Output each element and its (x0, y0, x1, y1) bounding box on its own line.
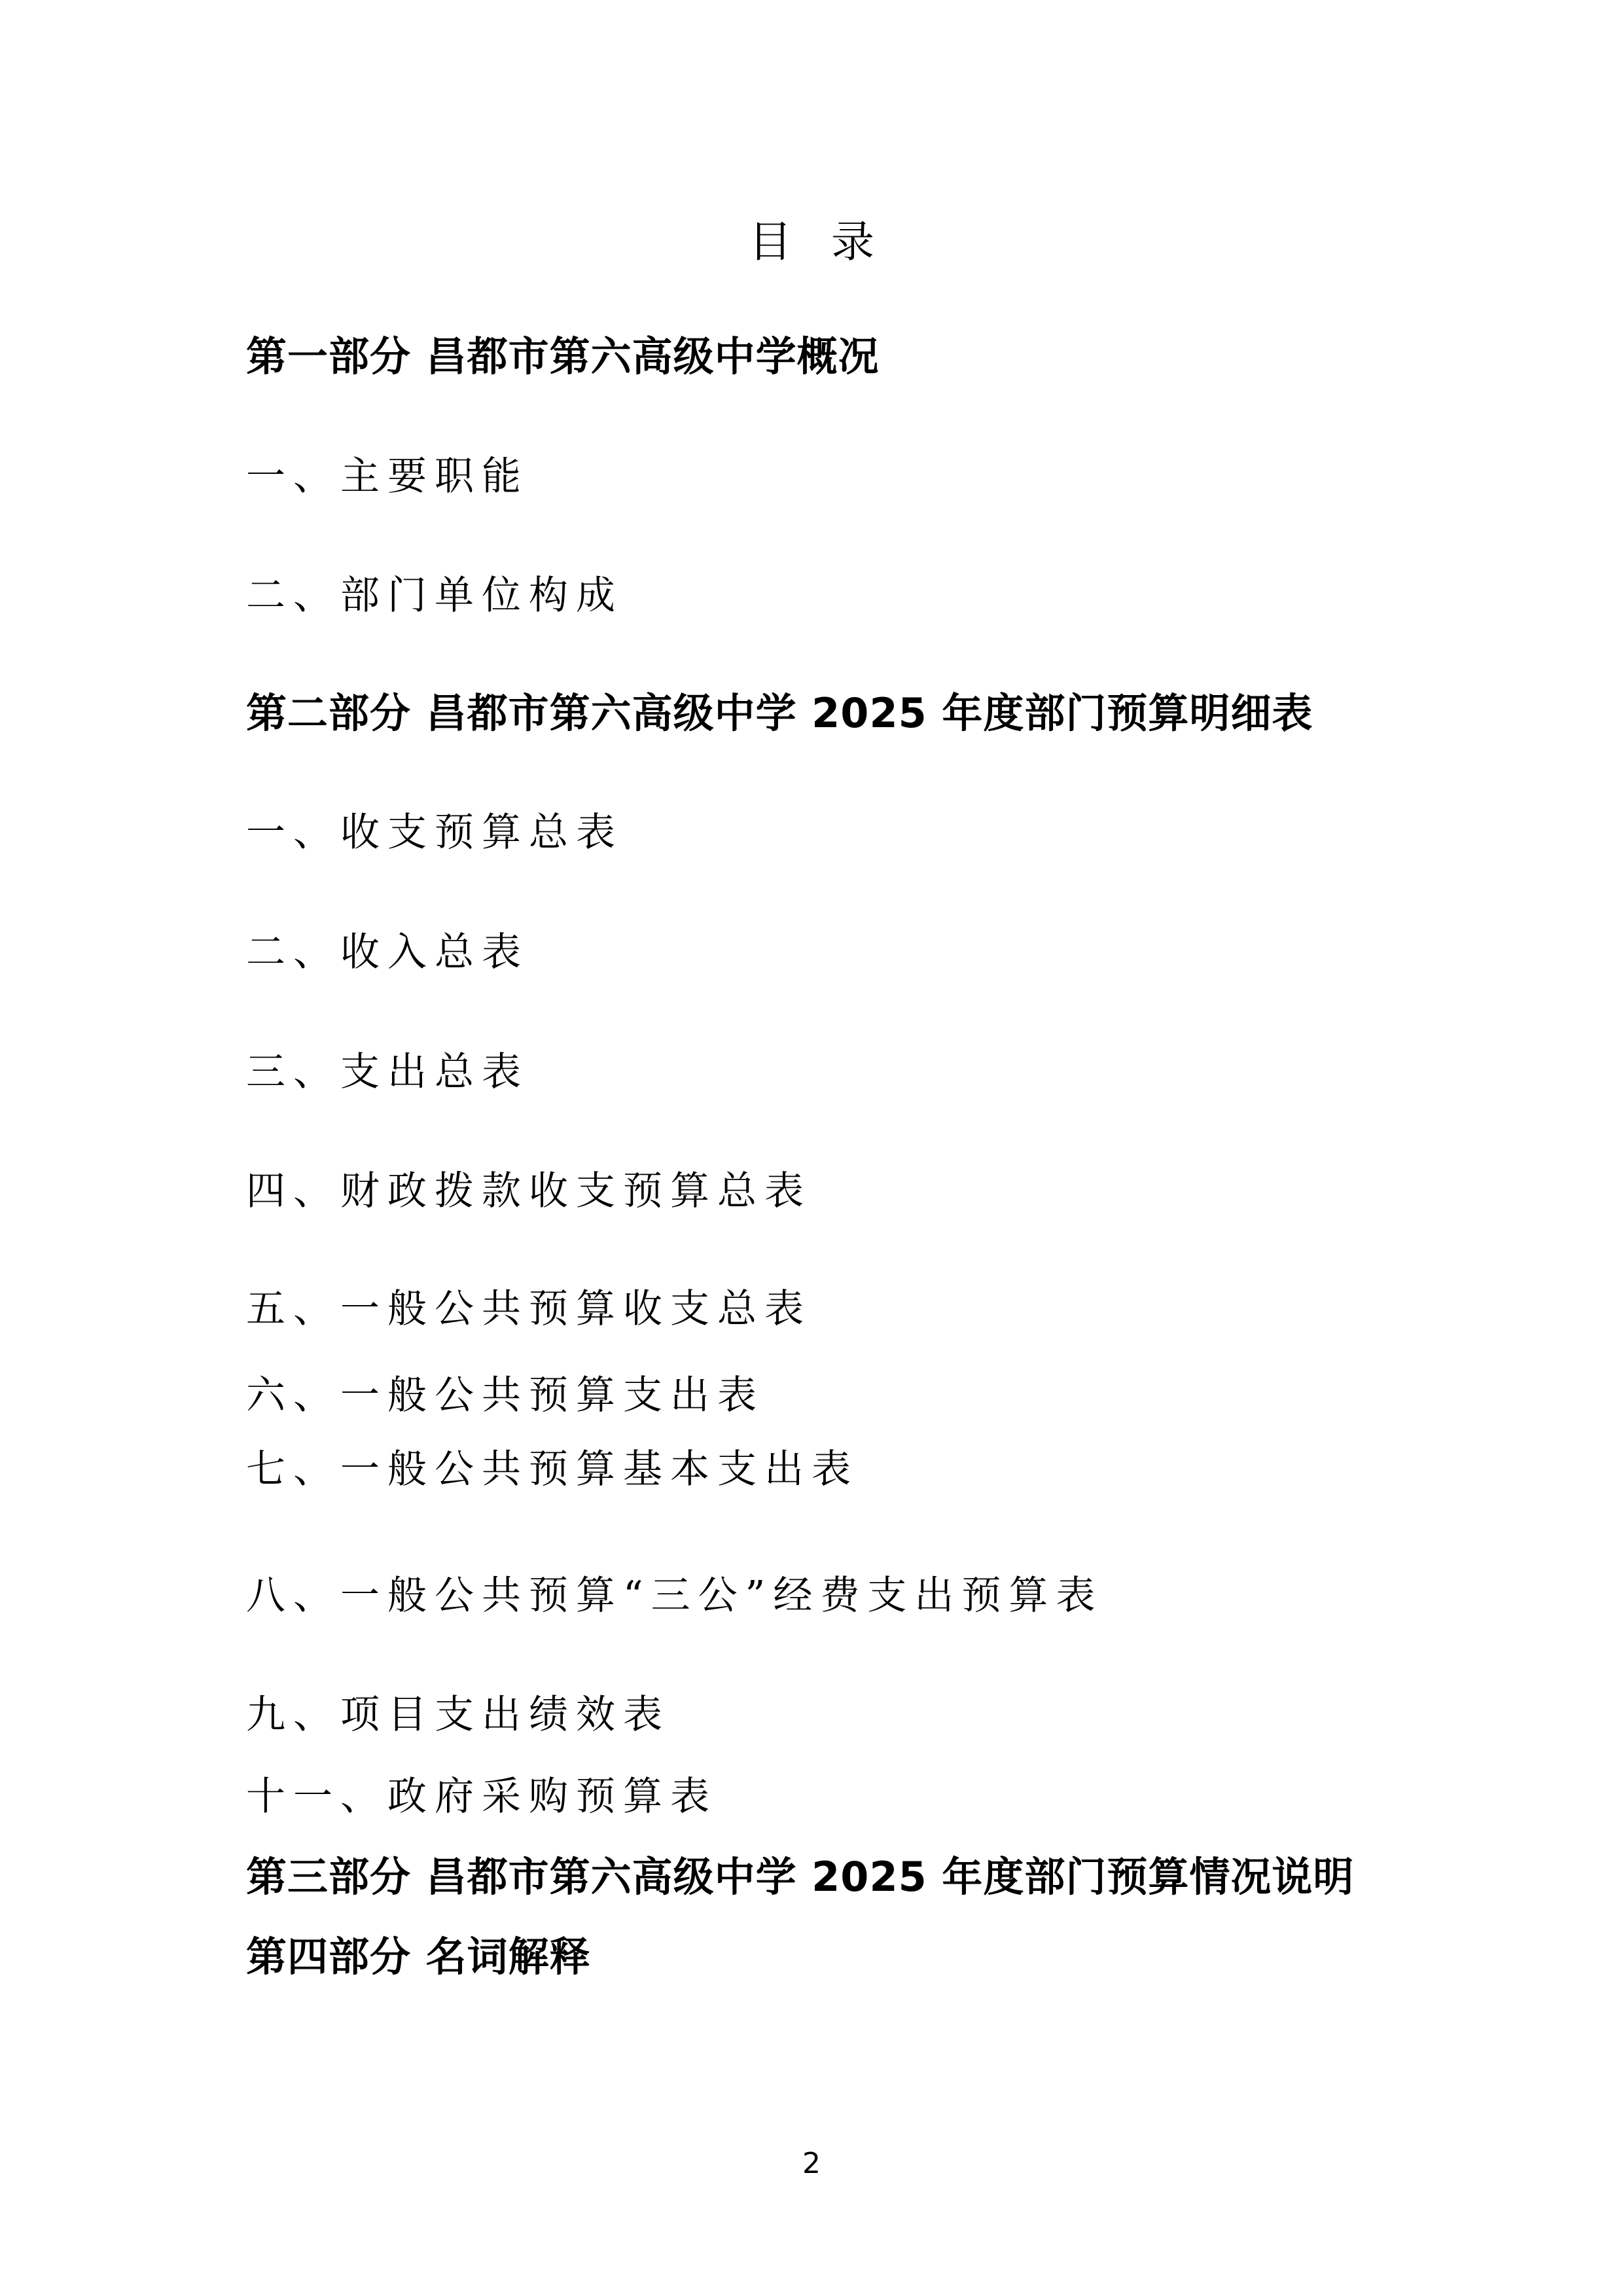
document-page: 目录 第一部分 昌都市第六高级中学概况 一、主要职能 二、部门单位构成 第二部分… (0, 0, 1623, 2296)
toc-part2-item-5[interactable]: 五、一般公共预算收支总表 (246, 1278, 811, 1340)
toc-part2-item-7[interactable]: 七、一般公共预算基本支出表 (246, 1438, 859, 1501)
toc-part1-heading[interactable]: 第一部分 昌都市第六高级中学概况 (246, 325, 880, 388)
toc-part4-heading[interactable]: 第四部分 名词解释 (246, 1926, 591, 1988)
page-number: 2 (0, 2145, 1623, 2182)
toc-part2-item-1[interactable]: 一、收支预算总表 (246, 801, 623, 864)
toc-part2-heading[interactable]: 第二部分 昌都市第六高级中学 2025 年度部门预算明细表 (246, 682, 1313, 745)
toc-part1-item-2[interactable]: 二、部门单位构成 (246, 564, 623, 627)
toc-part2-item-3[interactable]: 三、支出总表 (246, 1041, 529, 1103)
toc-part3-heading[interactable]: 第三部分 昌都市第六高级中学 2025 年度部门预算情况说明 (246, 1846, 1354, 1909)
toc-part2-item-4[interactable]: 四、财政拨款收支预算总表 (246, 1160, 811, 1223)
toc-title: 目录 (0, 211, 1623, 274)
toc-part2-item-9[interactable]: 九、项目支出绩效表 (246, 1683, 670, 1746)
toc-part2-item-8[interactable]: 八、一般公共预算“三公”经费支出预算表 (246, 1564, 1103, 1627)
toc-part1-item-1[interactable]: 一、主要职能 (246, 445, 529, 508)
toc-part2-item-2[interactable]: 二、收入总表 (246, 921, 529, 984)
toc-part2-item-11[interactable]: 十一、政府采购预算表 (246, 1765, 717, 1828)
toc-part2-item-6[interactable]: 六、一般公共预算支出表 (246, 1364, 764, 1427)
